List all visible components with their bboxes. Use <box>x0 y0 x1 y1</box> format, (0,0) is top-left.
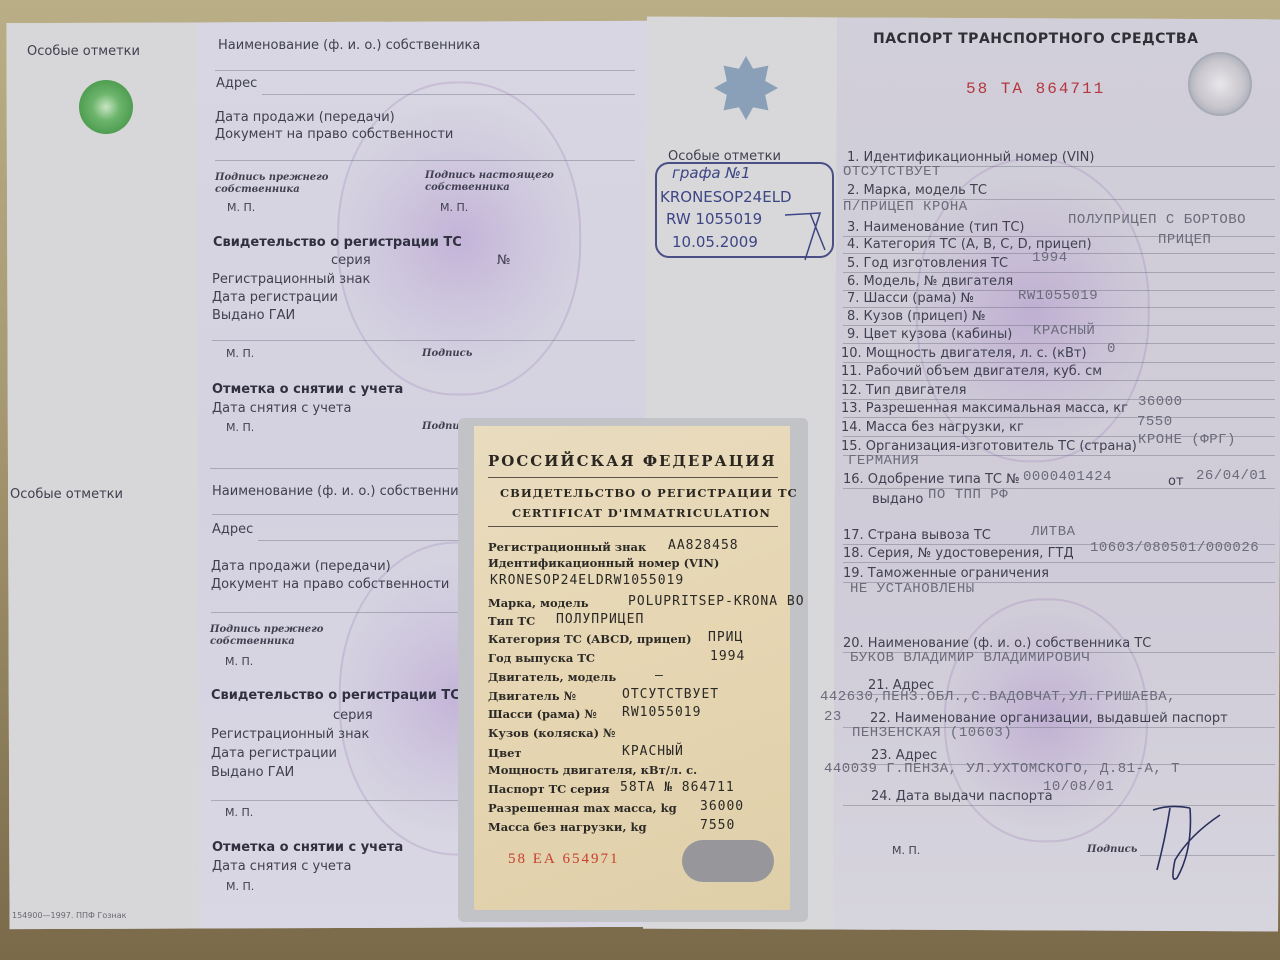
stamp-place-label: М. П. <box>440 201 468 214</box>
passport-serial: 58 ТА 864711 <box>966 80 1105 98</box>
passport-field-value: КРОНЕ (ФРГ) <box>1138 432 1236 448</box>
passport-field-label: 16. Одобрение типа ТС № <box>843 472 1020 487</box>
reg-date-label: Дата регистрации <box>212 290 338 305</box>
ownership-doc-field[interactable] <box>215 160 635 161</box>
passport-field-label: 20. Наименование (ф. и. о.) собственника… <box>843 636 1151 651</box>
ownership-doc-label: Документ на право собственности <box>211 577 449 592</box>
card-field-value: КРАСНЫЙ <box>622 744 684 759</box>
stamp-place-label: М. П. <box>226 421 254 434</box>
passport-field-value: НЕ УСТАНОВЛЕНЫ <box>850 581 975 597</box>
card-field-value: KRONESOP24ELDRW1055019 <box>490 573 684 588</box>
passport-field-label: 19. Таможенные ограничения <box>843 566 1049 581</box>
passport-field-line <box>843 272 1275 273</box>
card-field-label: Паспорт ТС серия <box>488 782 610 796</box>
address-field[interactable] <box>262 94 635 95</box>
card-field-value: АА828458 <box>668 538 739 553</box>
stamp-place-label: М. П. <box>892 844 920 857</box>
passport-field-value: 10/08/01 <box>1043 779 1114 795</box>
card-field-label: Марка, модель <box>488 596 589 610</box>
green-emblem-icon <box>79 80 133 134</box>
card-field-label: Кузов (коляска) № <box>488 726 616 740</box>
ownership-doc-label: Документ на право собственности <box>215 127 453 142</box>
passport-title: ПАСПОРТ ТРАНСПОРТНОГО СРЕДСТВА <box>873 31 1198 47</box>
series-label: серия <box>331 253 371 268</box>
passport-field-value: 23 <box>824 709 842 725</box>
sale-date-label: Дата продажи (передачи) <box>211 559 391 574</box>
card-serial: 58 ЕА 654971 <box>508 851 620 868</box>
address-label: Адрес <box>216 76 257 91</box>
passport-field-value: ГЕРМАНИЯ <box>848 453 919 469</box>
card-field-value: 58ТА № 864711 <box>620 780 735 795</box>
card-field-value: ОТСУТСТВУЕТ <box>622 687 719 702</box>
card-field-value: POLUPRITSEP-KRONA BO <box>628 594 805 609</box>
approval-issued-label: выдано <box>872 492 923 507</box>
owner-name-label: Наименование (ф. и. о.) собственника <box>218 38 480 53</box>
card-field-label: Масса без нагрузки, kg <box>488 820 646 834</box>
passport-field-value: 0000401424 <box>1023 469 1112 485</box>
passport-field-value: ПОЛУПРИЦЕП С БОРТОВО <box>1068 212 1246 228</box>
reg-plate-label: Регистрационный знак <box>212 272 370 287</box>
reg-certificate-heading: Свидетельство о регистрации ТС <box>213 235 462 250</box>
signature-icon <box>780 205 830 265</box>
card-field-label: Разрешенная max масса, kg <box>488 801 677 815</box>
card-field-value: ПОЛУПРИЦЕП <box>556 612 644 627</box>
card-field-value: – <box>655 668 664 683</box>
issued-by-label: Выдано ГАИ <box>211 765 294 780</box>
number-label: № <box>497 253 511 268</box>
passport-field-line <box>843 343 1275 344</box>
passport-field-value: 36000 <box>1138 394 1183 410</box>
passport-field-label: 2. Марка, модель ТС <box>847 183 987 198</box>
form-line <box>211 800 463 801</box>
passport-field-value: КРАСНЫЙ <box>1033 323 1095 339</box>
card-rule <box>488 526 778 527</box>
owner-name-field[interactable] <box>215 70 635 71</box>
card-country: РОССИЙСКАЯ ФЕДЕРАЦИЯ <box>488 452 777 470</box>
handwritten-note: KRONESOP24ELD <box>660 188 792 206</box>
passport-field-label: 6. Модель, № двигателя <box>847 274 1013 289</box>
card-title-ru: СВИДЕТЕЛЬСТВО О РЕГИСТРАЦИИ ТС <box>500 486 798 500</box>
passport-field-value: RW1055019 <box>1018 288 1098 304</box>
passport-field-label: 12. Тип двигателя <box>841 383 966 398</box>
special-marks-label: Особые отметки <box>27 44 140 59</box>
card-field-value: 7550 <box>700 818 735 833</box>
signature-label: Подпись <box>1087 844 1137 856</box>
printer-imprint: 154900—1997. ППФ Гознак <box>12 911 126 920</box>
ownership-doc-field[interactable] <box>211 612 463 613</box>
handwritten-note: RW 1055019 <box>666 210 762 228</box>
passport-field-line <box>843 399 1275 400</box>
passport-field-label: 15. Организация-изготовитель ТС (страна) <box>841 439 1137 454</box>
handwritten-note: 10.05.2009 <box>672 233 758 251</box>
passport-field-line <box>843 380 1275 381</box>
owner-name-label: Наименование (ф. и. о.) собственника <box>212 484 474 499</box>
card-rule <box>488 477 778 478</box>
passport-field-label: 13. Разрешенная максимальная масса, кг <box>841 401 1128 416</box>
stamp-place-label: М. П. <box>225 655 253 668</box>
special-marks-label: Особые отметки <box>10 487 123 502</box>
reg-certificate-heading: Свидетельство о регистрации ТС <box>211 688 460 703</box>
prev-owner-signature-label: Подпись прежнего собственника <box>210 624 340 648</box>
passport-field-value: 0 <box>1107 341 1116 357</box>
address-label: Адрес <box>212 522 253 537</box>
sale-date-label: Дата продажи (передачи) <box>215 110 395 125</box>
passport-field-value: 440039 Г.ПЕНЗА, УЛ.УХТОМСКОГО, Д.81-А, Т <box>824 761 1180 777</box>
dereg-date-label: Дата снятия с учета <box>212 401 351 416</box>
card-field-label: Регистрационный знак <box>488 540 646 554</box>
passport-field-label: 7. Шасси (рама) № <box>847 291 974 306</box>
passport-field-label: 10. Мощность двигателя, л. с. (кВт) <box>841 346 1087 361</box>
passport-field-value: 7550 <box>1137 414 1173 430</box>
hologram-sticker-icon <box>682 840 774 882</box>
curr-owner-signature-label: Подпись настоящего собственника <box>425 170 565 194</box>
passport-field-label: 5. Год изготовления ТС <box>847 256 1008 271</box>
left-page-margin <box>6 22 199 929</box>
approval-date-value: 26/04/01 <box>1196 468 1267 484</box>
passport-field-line <box>843 417 1275 418</box>
passport-field-value: П/ПРИЦЕП КРОНА <box>843 199 968 215</box>
deregistration-heading: Отметка о снятии с учета <box>212 840 403 855</box>
signature-label: Подпись <box>422 348 472 360</box>
card-field-value: ПРИЦ <box>708 630 743 645</box>
passport-field-label: 8. Кузов (прицеп) № <box>847 309 985 324</box>
passport-field-value: БУКОВ ВЛАДИМИР ВЛАДИМИРОВИЧ <box>850 650 1090 666</box>
deregistration-heading: Отметка о снятии с учета <box>212 382 403 397</box>
card-field-value: 36000 <box>700 799 744 814</box>
passport-field-label: 17. Страна вывоза ТС <box>843 528 991 543</box>
approval-date-label: от <box>1168 474 1184 489</box>
reg-plate-label: Регистрационный знак <box>211 727 369 742</box>
prev-owner-signature-label: Подпись прежнего собственника <box>215 172 345 196</box>
card-field-label: Год выпуска ТС <box>488 651 595 665</box>
passport-field-value: ОТСУТСТВУЕТ <box>843 164 941 180</box>
reg-date-label: Дата регистрации <box>211 746 337 761</box>
passport-field-label: 22. Наименование организации, выдавшей п… <box>870 711 1228 726</box>
handwritten-note: графа №1 <box>672 164 751 182</box>
stamp-place-label: М. П. <box>225 806 253 819</box>
stamp-place-label: М. П. <box>227 201 255 214</box>
passport-field-value: 10603/080501/000026 <box>1090 540 1259 556</box>
card-field-value: RW1055019 <box>622 705 701 720</box>
address-field[interactable] <box>258 540 463 541</box>
passport-field-label: 1. Идентификационный номер (VIN) <box>847 150 1094 165</box>
card-field-label: Шасси (рама) № <box>488 707 597 721</box>
passport-field-value: 1994 <box>1032 250 1068 266</box>
card-field-label: Мощность двигателя, кВт/л. с. <box>488 763 697 777</box>
card-field-label: Тип ТС <box>488 614 535 628</box>
card-field-label: Двигатель № <box>488 689 576 703</box>
passport-field-line <box>843 362 1275 363</box>
signature-icon <box>1135 800 1225 880</box>
issued-by-label: Выдано ГАИ <box>212 308 295 323</box>
card-title-fr: CERTIFICAT D'IMMATRICULATION <box>512 506 771 520</box>
series-label: серия <box>333 708 373 723</box>
card-field-label: Идентификационный номер (VIN) <box>488 556 719 570</box>
card-field-label: Категория ТС (ABCD, прицеп) <box>488 632 692 646</box>
form-line <box>212 340 635 341</box>
dereg-date-label: Дата снятия с учета <box>212 859 351 874</box>
approval-issued-value: ПО ТПП РФ <box>928 487 1008 503</box>
passport-field-line <box>843 562 1275 563</box>
passport-field-label: 11. Рабочий объем двигателя, куб. см <box>841 364 1102 379</box>
passport-field-label: 24. Дата выдачи паспорта <box>871 789 1053 804</box>
passport-field-label: 18. Серия, № удостоверения, ГТД <box>843 546 1074 561</box>
passport-field-value: ПЕНЗЕНСКАЯ (10603) <box>852 725 1012 741</box>
passport-field-label: 3. Наименование (тип ТС) <box>847 220 1025 235</box>
passport-field-value: 442630,ПЕНЗ.ОБЛ.,С.ВАДОВЧАТ,УЛ.ГРИШАЕВА, <box>820 689 1176 705</box>
passport-field-label: 14. Масса без нагрузки, кг <box>841 420 1024 435</box>
card-field-label: Двигатель, модель <box>488 670 616 684</box>
passport-field-line <box>843 307 1275 308</box>
card-field-label: Цвет <box>488 746 522 760</box>
owner-name-field[interactable] <box>212 514 462 515</box>
passport-field-value: ЛИТВА <box>1031 524 1076 540</box>
hologram-icon <box>1188 52 1252 116</box>
passport-field-value: ПРИЦЕП <box>1158 232 1211 248</box>
passport-field-line <box>843 488 1275 489</box>
stamp-place-label: М. П. <box>226 347 254 360</box>
stamp-place-label: М. П. <box>226 880 254 893</box>
card-field-value: 1994 <box>710 649 745 664</box>
passport-field-label: 9. Цвет кузова (кабины) <box>847 327 1012 342</box>
